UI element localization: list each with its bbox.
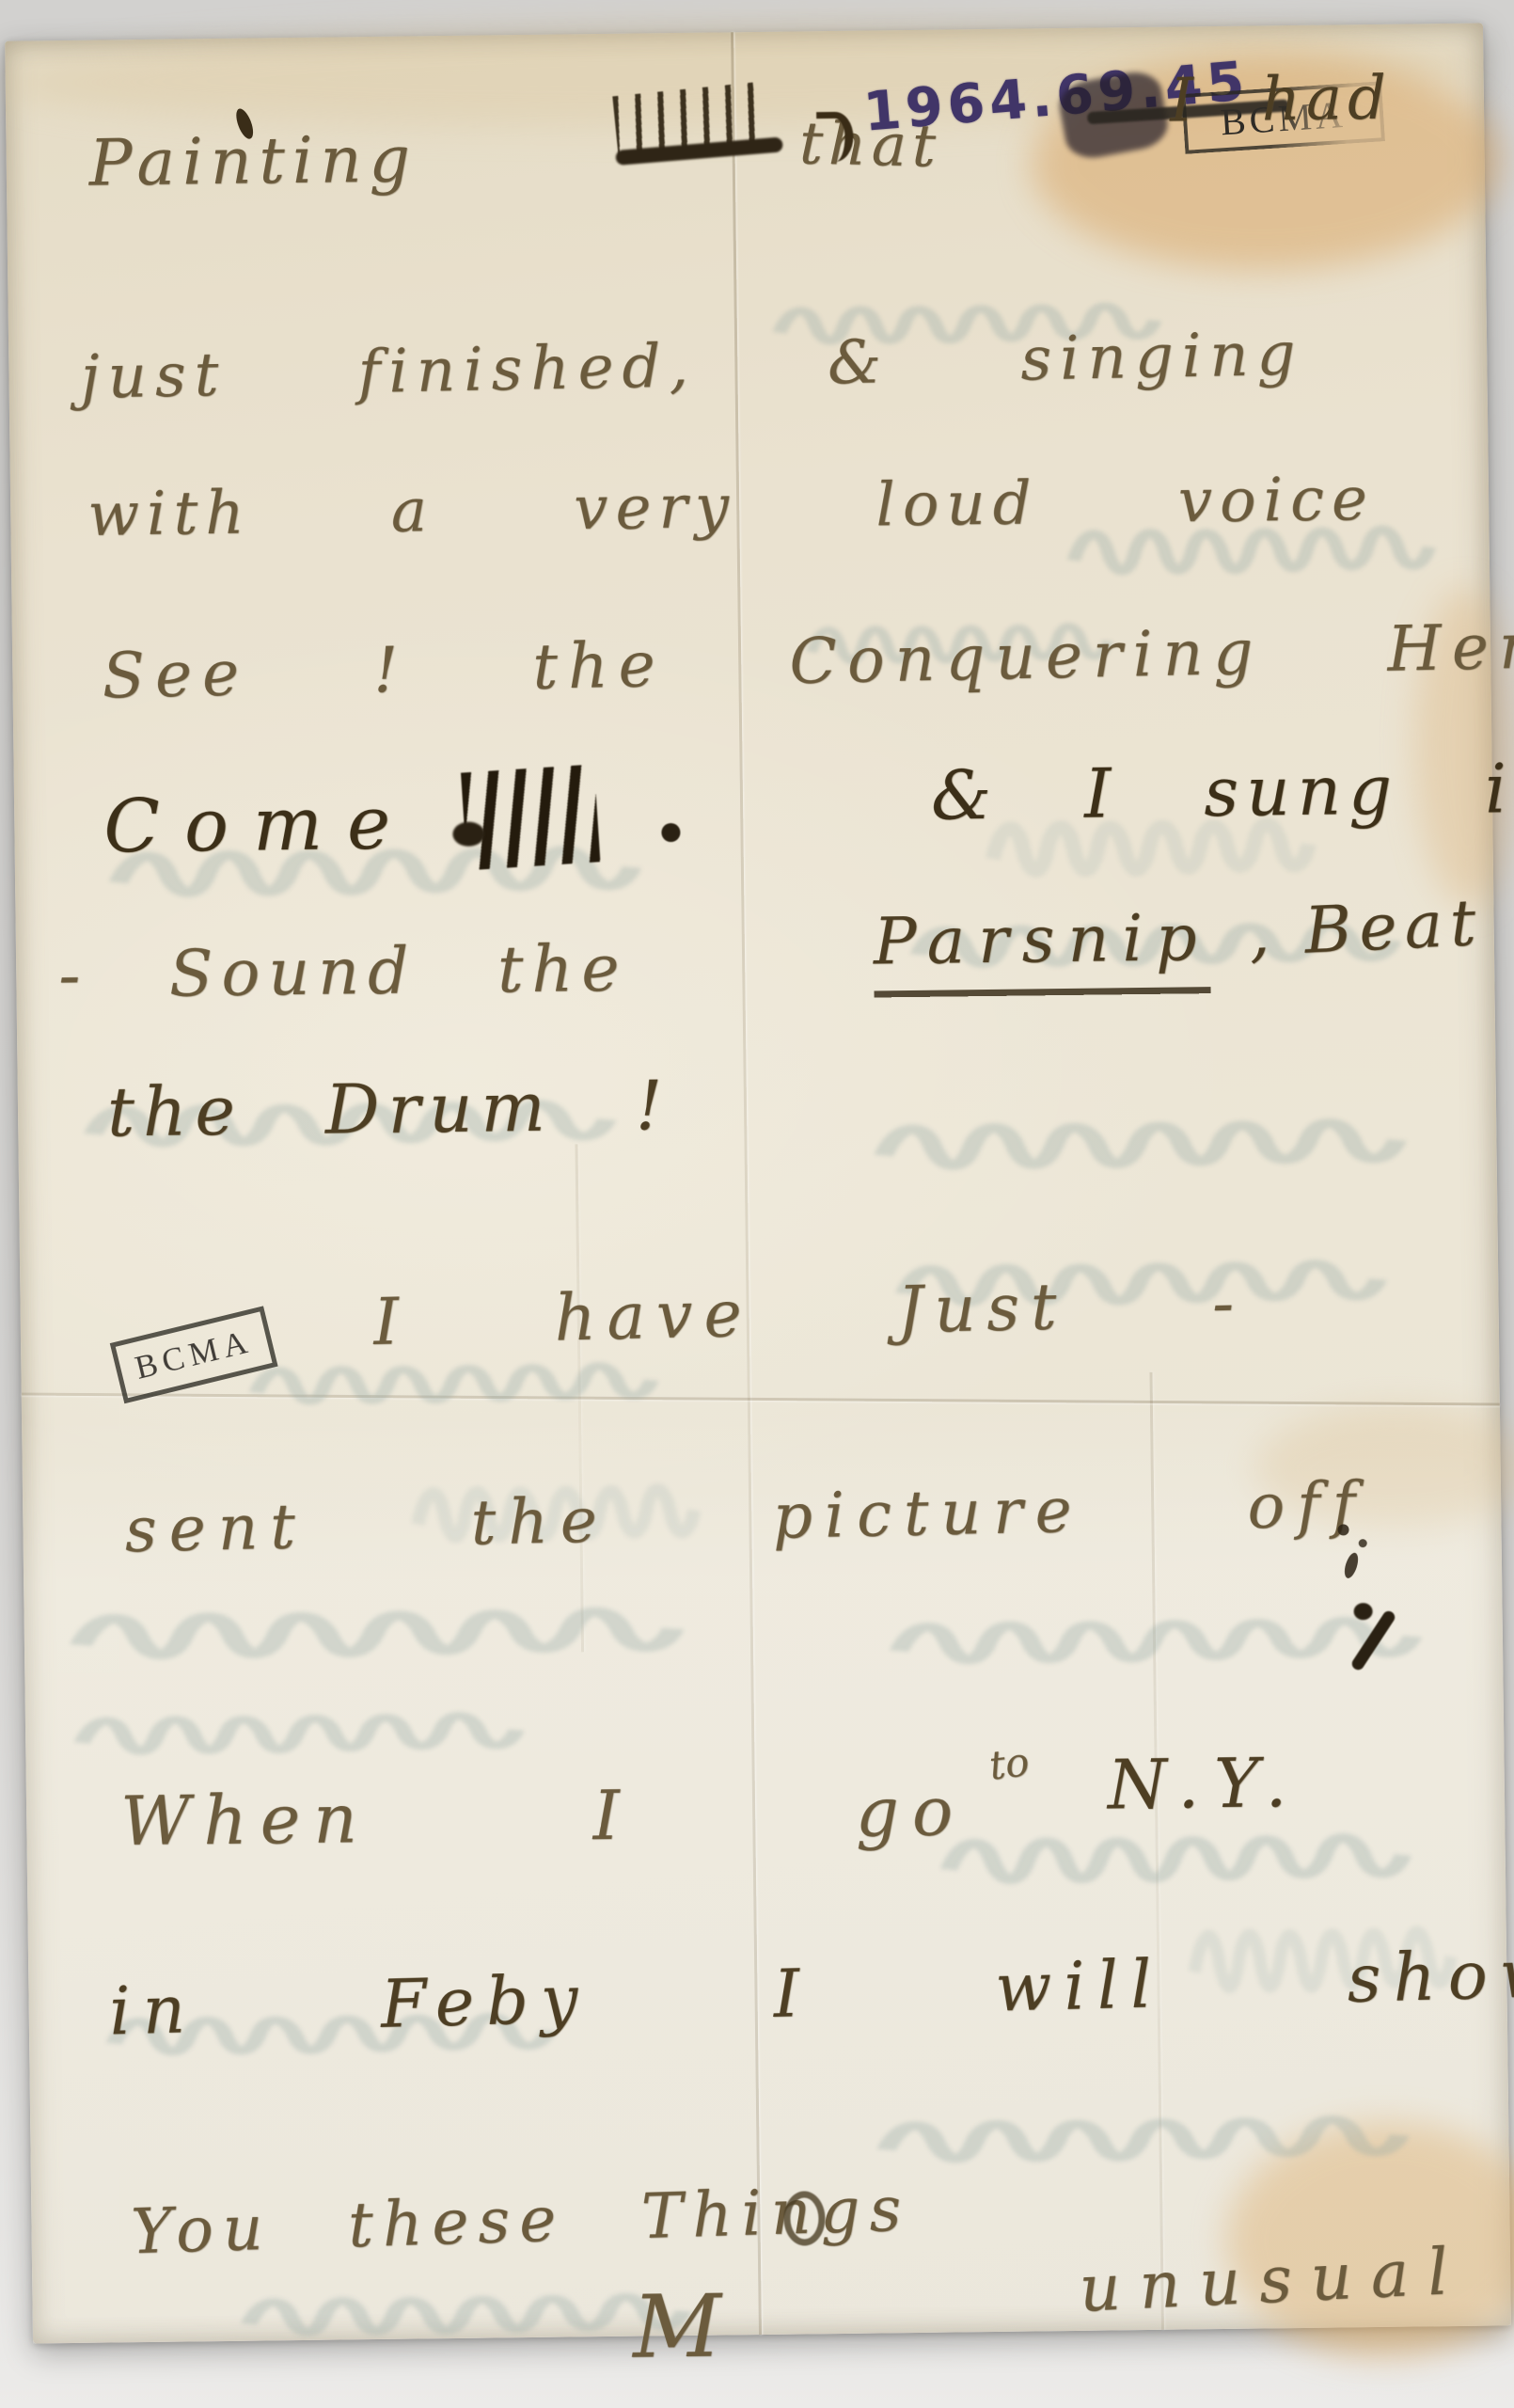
letter-paper: 1964.69.45 BCMA BCMA Painting that I had…: [5, 23, 1511, 2343]
ink-mark: [816, 112, 854, 162]
handwriting-line-5: & I sung it,: [930, 748, 1514, 834]
ink-strikeout: [461, 764, 600, 870]
handwriting-line-1: Painting: [88, 122, 418, 200]
handwriting-line-13: M: [632, 2276, 722, 2378]
ink-dot: [1337, 1524, 1348, 1535]
handwriting-line-10: When I go: [120, 1771, 967, 1861]
handwriting-line-7: the Drum !: [107, 1066, 671, 1151]
handwriting-line-10: N.Y.: [1107, 1743, 1301, 1825]
underlined-word: Parsnip: [873, 901, 1210, 997]
handwriting-line-10-superscript: to: [986, 1738, 1032, 1789]
ink-dot: [1359, 1539, 1367, 1547]
ink-mark: [783, 2191, 826, 2246]
handwriting-line-1: I had: [1170, 64, 1393, 136]
handwriting-line-6: - Sound the: [58, 932, 628, 1013]
letter-photograph: 1964.69.45 BCMA BCMA Painting that I had…: [0, 0, 1514, 2408]
handwriting-line-5: Come: [103, 781, 416, 869]
ink-blot: [1353, 1603, 1372, 1620]
handwriting-line-6: , Beat: [1247, 886, 1485, 972]
ink-dot: [661, 823, 680, 842]
handwriting-line-6-underlined-word: Parsnip: [873, 901, 1210, 997]
